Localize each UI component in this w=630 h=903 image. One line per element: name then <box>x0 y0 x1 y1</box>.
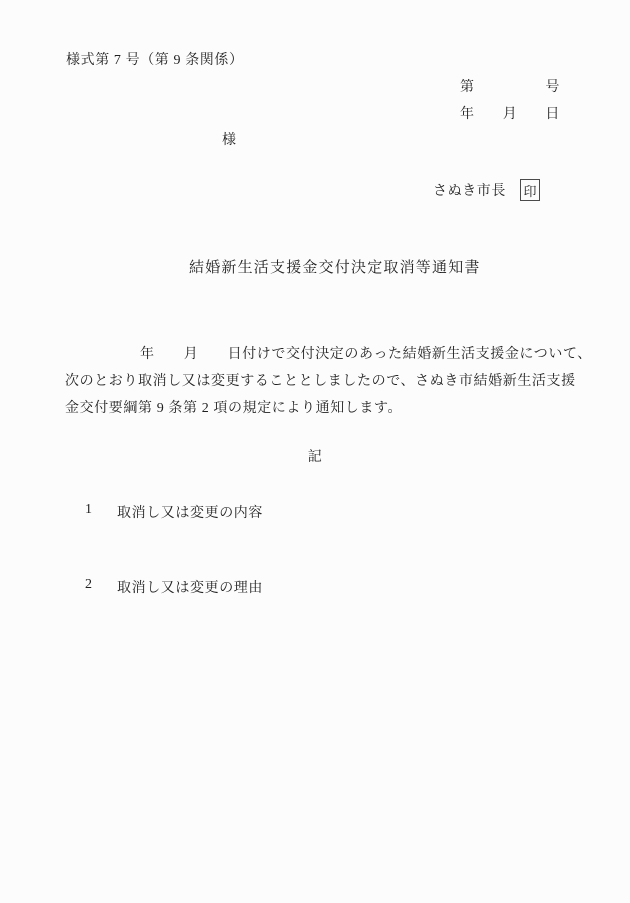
item-2-number: 2 <box>85 577 117 597</box>
date-month-label: 月 <box>503 103 518 123</box>
item-1-number: 1 <box>85 502 117 522</box>
doc-number-prefix: 第 <box>460 76 475 96</box>
form-number: 様式第 7 号（第 9 条関係） <box>66 49 244 69</box>
body-line-2: 次のとおり取消し又は変更することとしましたので、さぬき市結婚新生活支援 <box>65 368 577 395</box>
list-item-1: 1 取消し又は変更の内容 <box>85 502 263 522</box>
seal-label: 印 <box>523 181 536 200</box>
list-item-2: 2 取消し又は変更の理由 <box>85 577 263 597</box>
notification-document-page: 様式第 7 号（第 9 条関係） 第 号 年 月 日 様 さぬき市長 印 結婚新… <box>0 0 630 903</box>
ki-heading: 記 <box>0 446 630 466</box>
issuer-name: さぬき市長 <box>433 180 506 200</box>
document-title: 結婚新生活支援金交付決定取消等通知書 <box>189 256 481 277</box>
document-number-line: 第 号 <box>460 76 560 96</box>
item-2-label: 取消し又は変更の理由 <box>117 577 263 597</box>
body-line-1: 年 月 日付けで交付決定のあった結婚新生活支援金について、 <box>65 341 577 368</box>
body-paragraph: 年 月 日付けで交付決定のあった結婚新生活支援金について、 次のとおり取消し又は… <box>65 341 577 422</box>
doc-number-suffix: 号 <box>545 76 560 96</box>
issuer-line: さぬき市長 印 <box>433 179 540 201</box>
date-day-label: 日 <box>545 103 560 123</box>
date-line: 年 月 日 <box>460 103 560 123</box>
addressee-honorific: 様 <box>222 129 237 149</box>
seal-box: 印 <box>520 179 540 201</box>
item-1-label: 取消し又は変更の内容 <box>117 502 263 522</box>
body-line-3: 金交付要綱第 9 条第 2 項の規定により通知します。 <box>65 395 577 422</box>
date-year-label: 年 <box>460 103 475 123</box>
